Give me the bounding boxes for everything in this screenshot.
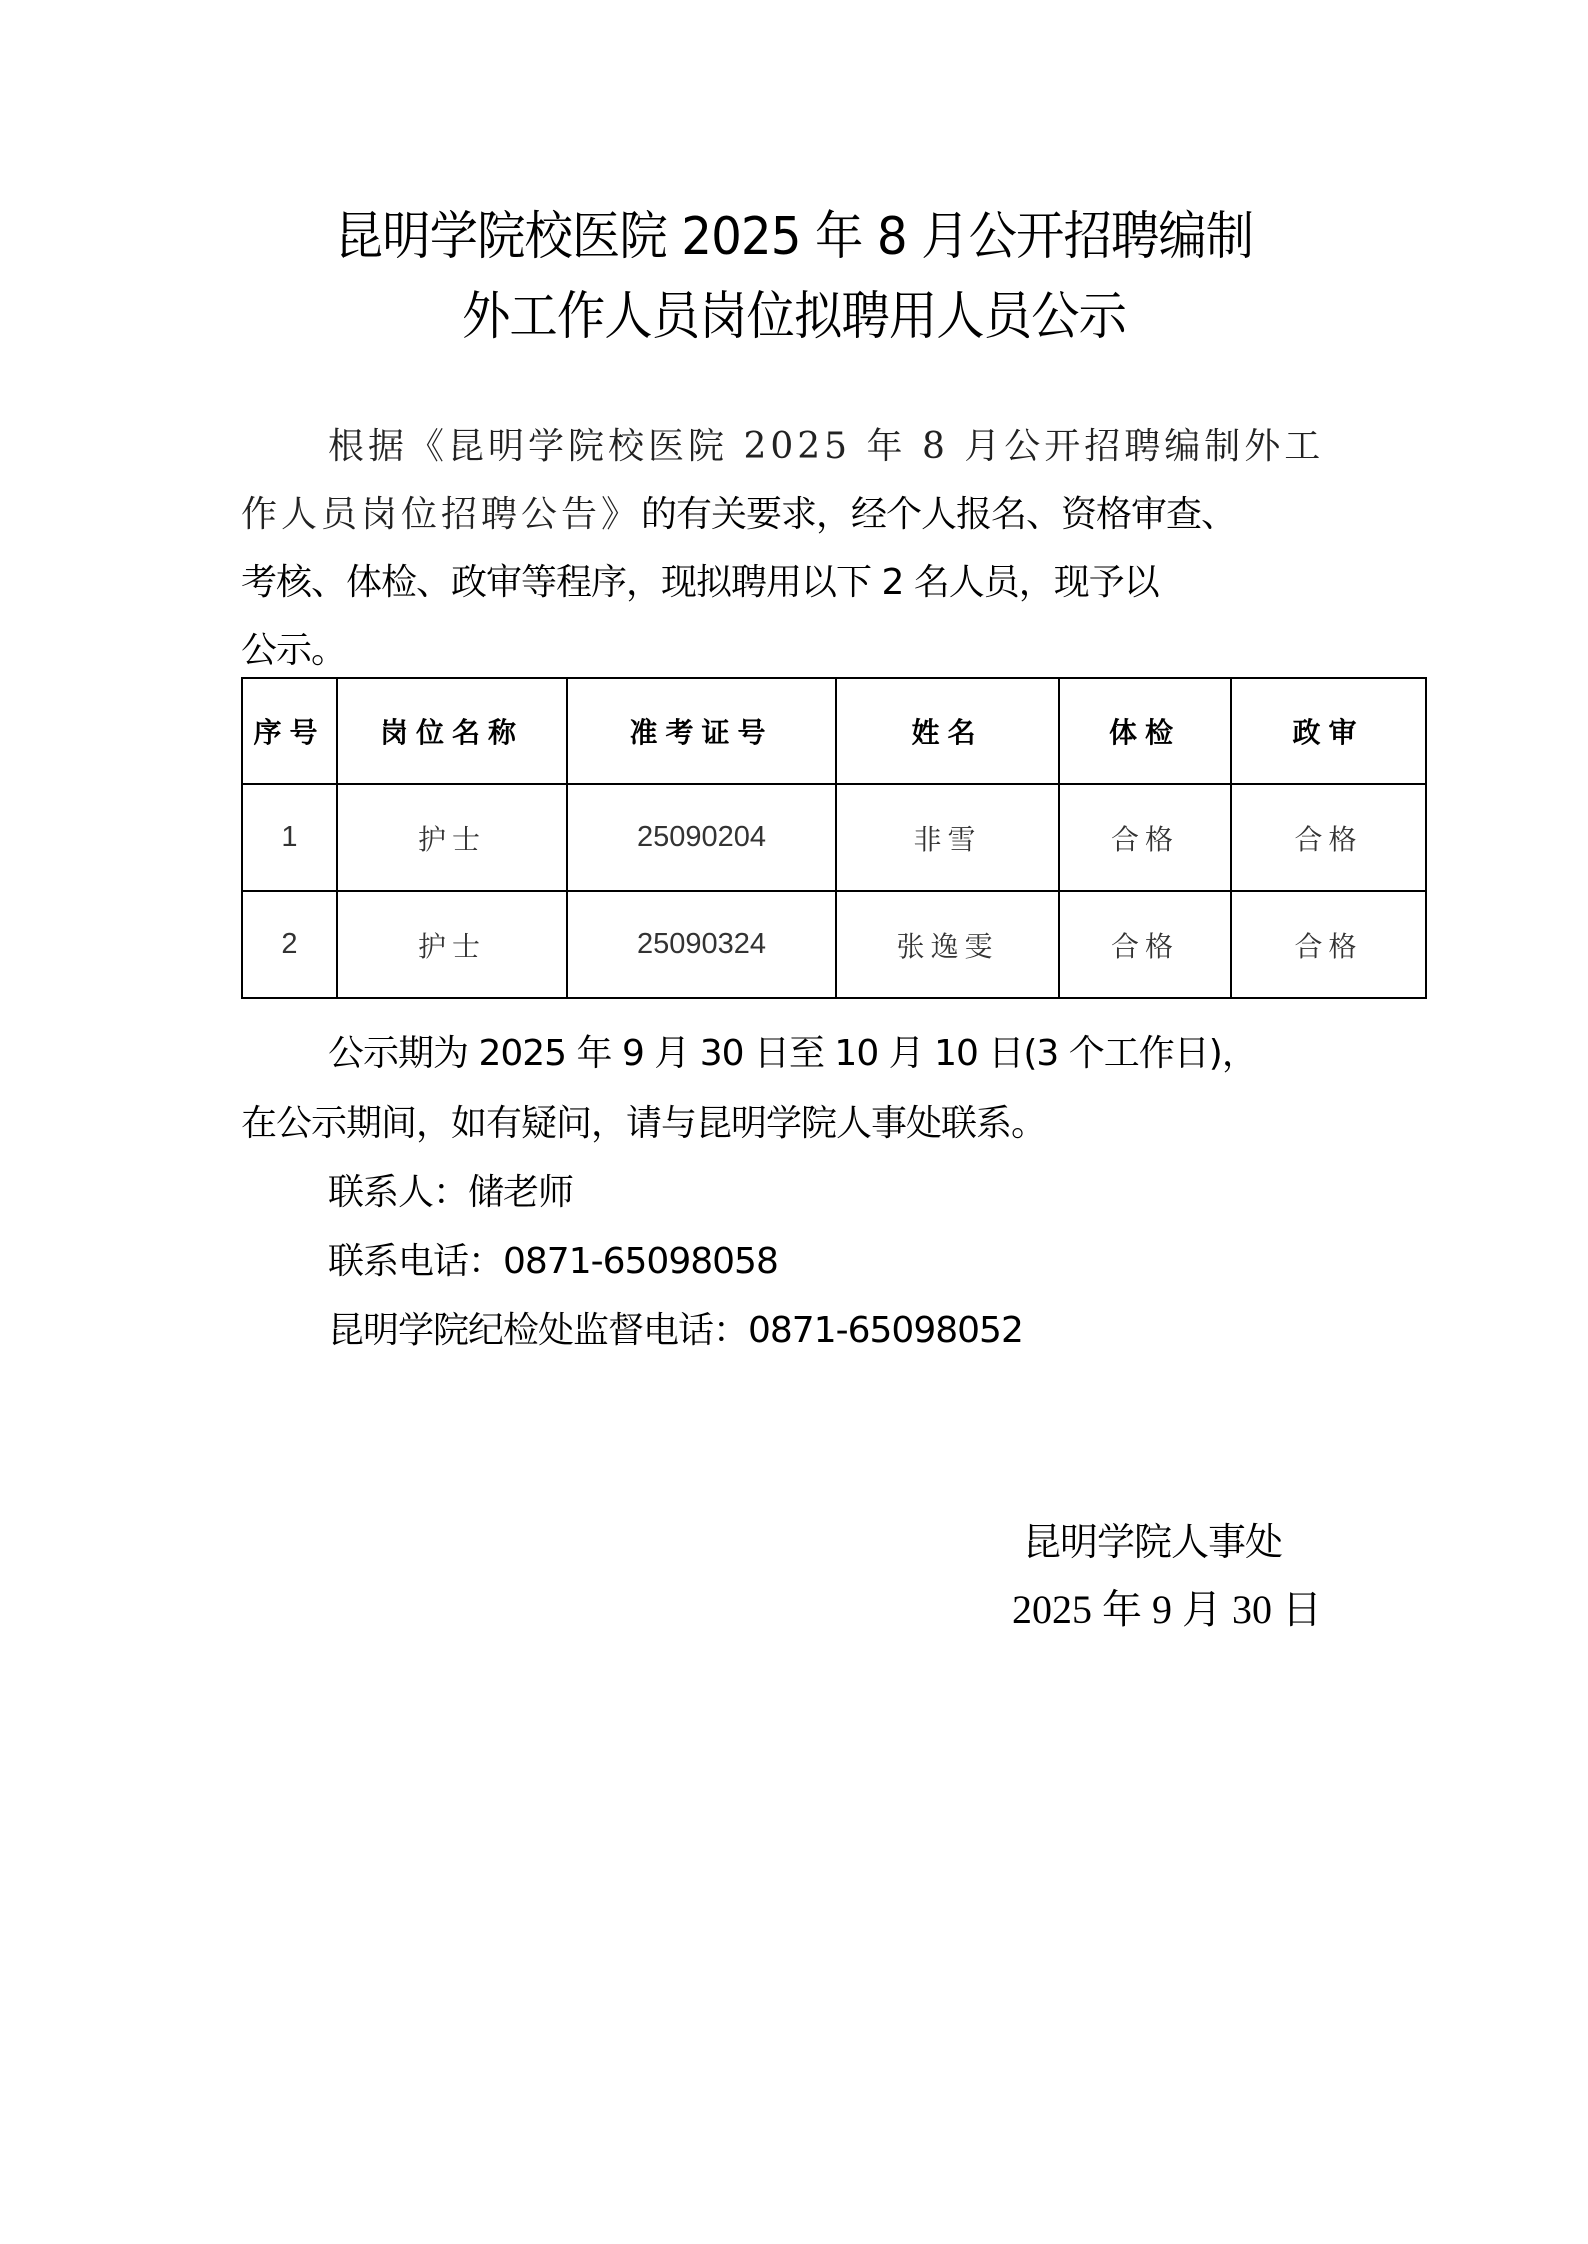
notice-period-line-2: 在公示期间，如有疑问，请与昆明学院人事处联系。 bbox=[241, 1091, 1361, 1157]
cell-name: 非雪 bbox=[836, 784, 1059, 891]
intro-paragraph-line-2-rest: 的有关要求，经个人报名、资格审查、 bbox=[641, 494, 1236, 535]
signature-organization: 昆明学院人事处 bbox=[1023, 1512, 1282, 1572]
document-page: 昆明学院校医院 2025 年 8 月公开招聘编制 外工作人员岗位拟聘用人员公示 … bbox=[0, 0, 1588, 2244]
intro-paragraph-line-4: 公示。 bbox=[241, 618, 1361, 684]
cell-position: 护士 bbox=[337, 891, 567, 998]
table-header-row: 序号 岗位名称 准考证号 姓名 体检 政审 bbox=[242, 678, 1426, 784]
header-position: 岗位名称 bbox=[337, 678, 567, 784]
document-title-line-2: 外工作人员岗位拟聘用人员公示 bbox=[56, 285, 1533, 349]
header-exam-id: 准考证号 bbox=[567, 678, 836, 784]
intro-paragraph-line-2: 作人员岗位招聘公告》的有关要求，经个人报名、资格审查、 bbox=[241, 482, 1361, 548]
header-political-review: 政审 bbox=[1231, 678, 1426, 784]
candidate-table: 序号 岗位名称 准考证号 姓名 体检 政审 1 护士 25090204 非雪 合… bbox=[241, 677, 1427, 999]
cell-index: 1 bbox=[242, 784, 337, 891]
table-row: 1 护士 25090204 非雪 合格 合格 bbox=[242, 784, 1426, 891]
table-row: 2 护士 25090324 张逸雯 合格 合格 bbox=[242, 891, 1426, 998]
cell-political-review: 合格 bbox=[1231, 784, 1426, 891]
cell-physical-exam: 合格 bbox=[1059, 784, 1231, 891]
contact-phone: 联系电话：0871-65098058 bbox=[328, 1229, 1448, 1295]
cell-exam-id: 25090324 bbox=[567, 891, 836, 998]
cell-index: 2 bbox=[242, 891, 337, 998]
header-name: 姓名 bbox=[836, 678, 1059, 784]
contact-person: 联系人：储老师 bbox=[328, 1160, 1448, 1226]
signature-date: 2025 年 9 月 30 日 bbox=[1012, 1580, 1322, 1640]
cell-name: 张逸雯 bbox=[836, 891, 1059, 998]
supervision-phone: 昆明学院纪检处监督电话：0871-65098052 bbox=[328, 1298, 1448, 1364]
intro-paragraph-line-1: 根据《昆明学院校医院 2025 年 8 月公开招聘编制外工 bbox=[328, 414, 1448, 480]
intro-paragraph-line-3: 考核、体检、政审等程序，现拟聘用以下 2 名人员，现予以 bbox=[241, 550, 1361, 616]
header-index: 序号 bbox=[242, 678, 337, 784]
header-physical-exam: 体检 bbox=[1059, 678, 1231, 784]
cell-exam-id: 25090204 bbox=[567, 784, 836, 891]
cell-physical-exam: 合格 bbox=[1059, 891, 1231, 998]
announcement-reference: 作人员岗位招聘公告》 bbox=[241, 494, 641, 535]
document-title-line-1: 昆明学院校医院 2025 年 8 月公开招聘编制 bbox=[56, 205, 1533, 269]
cell-position: 护士 bbox=[337, 784, 567, 891]
notice-period-line-1: 公示期为 2025 年 9 月 30 日至 10 月 10 日(3 个工作日)， bbox=[328, 1021, 1448, 1087]
cell-political-review: 合格 bbox=[1231, 891, 1426, 998]
